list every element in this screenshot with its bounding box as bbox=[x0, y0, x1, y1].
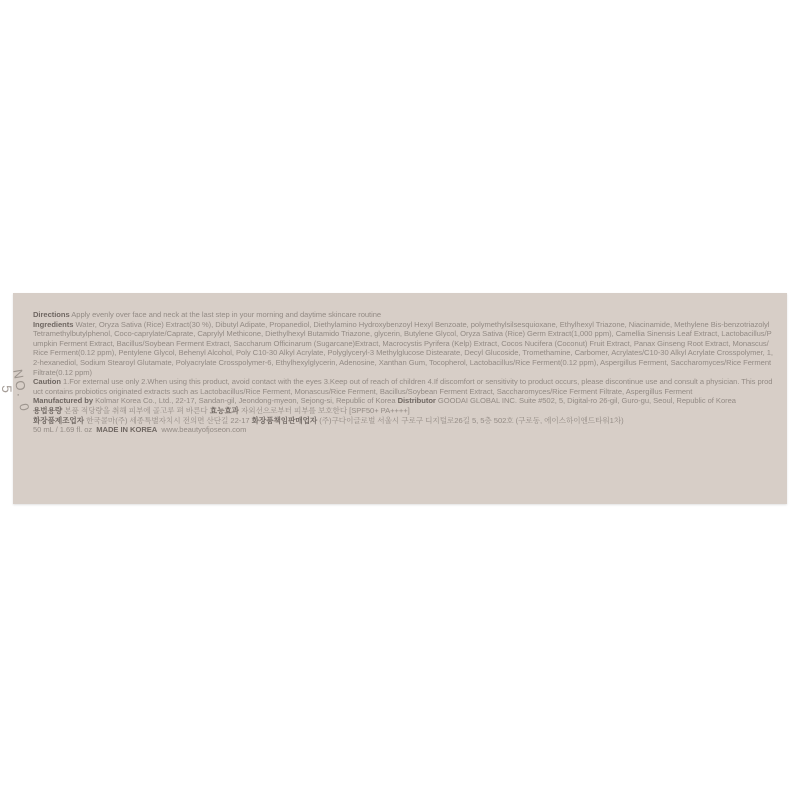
directions-text: Apply evenly over face and neck at the l… bbox=[71, 310, 381, 319]
korean-maker-title: 화장품제조업자 bbox=[33, 416, 84, 425]
manufacturer-title: Manufactured by bbox=[33, 396, 93, 405]
product-label-panel: 5 NO. 0 Directions Apply evenly over fac… bbox=[13, 293, 787, 504]
korean-maker-line: 화장품제조업자 한국콜마(주) 세종특별자치시 전의면 산단길 22-17 화장… bbox=[33, 416, 773, 426]
korean-maker-text: 한국콜마(주) 세종특별자치시 전의면 산단길 22-17 bbox=[86, 416, 250, 425]
batch-stamp: NO. 0 bbox=[10, 368, 32, 414]
distributor-text: GOODAI GLOBAL INC. Suite #502, 5, Digita… bbox=[438, 396, 736, 405]
label-text-block: Directions Apply evenly over face and ne… bbox=[33, 310, 773, 435]
caution-text: 1.For external use only 2.When using thi… bbox=[33, 377, 772, 396]
korean-usage-title: 용법용량 bbox=[33, 406, 62, 415]
made-in-text: MADE IN KOREA bbox=[96, 425, 157, 434]
korean-effect-title: 효능효과 bbox=[210, 406, 239, 415]
footer-line: 50 mL / 1.69 fl. oz MADE IN KOREA www.be… bbox=[33, 425, 773, 435]
korean-seller-title: 화장품책임판매업자 bbox=[252, 416, 318, 425]
caution-title: Caution bbox=[33, 377, 61, 386]
volume-text: 50 mL / 1.69 fl. oz bbox=[33, 425, 92, 434]
ingredients-text: Water, Oryza Sativa (Rice) Extract(30 %)… bbox=[33, 320, 773, 377]
manufacturer-text: Kolmar Korea Co., Ltd., 22-17, Sandan-gi… bbox=[95, 396, 395, 405]
directions-title: Directions bbox=[33, 310, 70, 319]
ingredients-title: Ingredients bbox=[33, 320, 73, 329]
korean-effect-text: 자외선으로부터 피부를 보호한다 [SPF50+ PA++++] bbox=[241, 406, 410, 415]
korean-seller-text: (주)구다이글로벌 서울시 구로구 디지털로26길 5, 5층 502호 (구로… bbox=[319, 416, 623, 425]
ingredients-section: Ingredients Water, Oryza Sativa (Rice) E… bbox=[33, 320, 773, 378]
directions-section: Directions Apply evenly over face and ne… bbox=[33, 310, 773, 320]
manufacturer-section: Manufactured by Kolmar Korea Co., Ltd., … bbox=[33, 396, 773, 406]
korean-usage-line: 용법용량 본품 적당량을 취해 피부에 골고루 펴 바른다 효능효과 자외선으로… bbox=[33, 406, 773, 416]
website-text: www.beautyofjoseon.com bbox=[161, 425, 246, 434]
korean-usage-text: 본품 적당량을 취해 피부에 골고루 펴 바른다 bbox=[64, 406, 208, 415]
caution-section: Caution 1.For external use only 2.When u… bbox=[33, 377, 773, 396]
distributor-title: Distributor bbox=[398, 396, 436, 405]
